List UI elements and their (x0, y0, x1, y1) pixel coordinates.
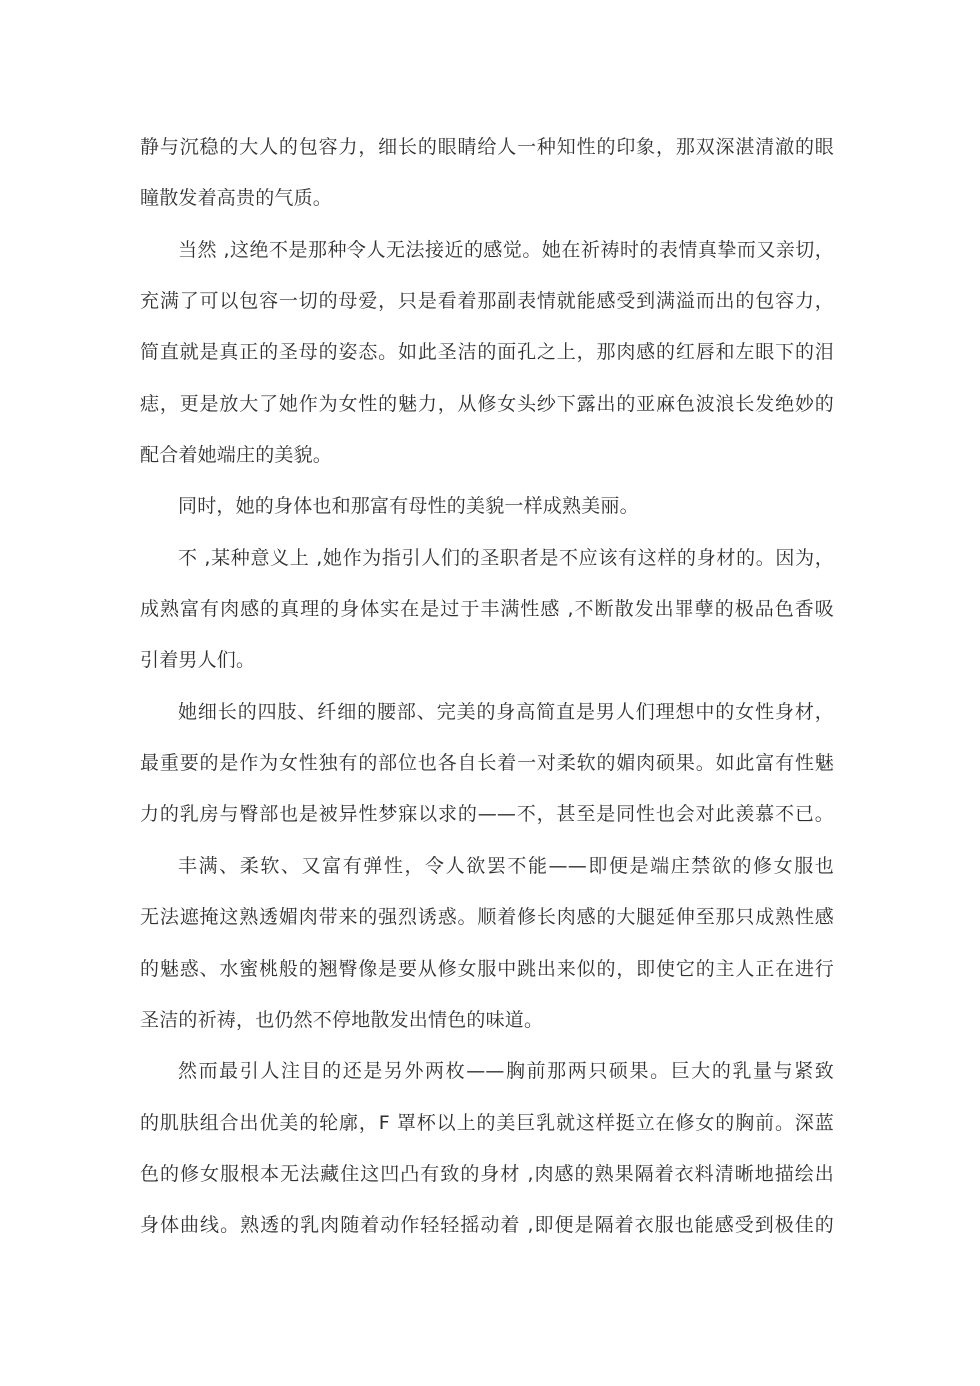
text-line: 无法遮掩这熟透媚肉带来的强烈诱惑。顺着修长肉感的大腿延伸至那只成熟性感 (140, 892, 834, 943)
text-line: 身体曲线。熟透的乳肉随着动作轻轻摇动着 ,即便是隔着衣服也能感受到极佳的 (140, 1200, 834, 1251)
text-line: 痣，更是放大了她作为女性的魅力，从修女头纱下露出的亚麻色波浪长发绝妙的 (140, 379, 834, 430)
text-line: 配合着她端庄的美貌。 (140, 430, 834, 481)
text-line: 她细长的四肢、纤细的腰部、完美的身高简直是男人们理想中的女性身材， (140, 687, 834, 738)
text-line: 静与沉稳的大人的包容力，细长的眼睛给人一种知性的印象，那双深湛清澈的眼 (140, 122, 834, 173)
text-line: 丰满、柔软、又富有弹性，令人欲罢不能——即便是端庄禁欲的修女服也 (140, 841, 834, 892)
text-block: 静与沉稳的大人的包容力，细长的眼睛给人一种知性的印象，那双深湛清澈的眼 瞳散发着… (140, 122, 834, 1252)
text-line: 力的乳房与臀部也是被异性梦寐以求的——不，甚至是同性也会对此羡慕不已。 (140, 789, 834, 840)
document-page: 静与沉稳的大人的包容力，细长的眼睛给人一种知性的印象，那双深湛清澈的眼 瞳散发着… (0, 0, 980, 1386)
text-line: 的魅惑、水蜜桃般的翘臀像是要从修女服中跳出来似的，即使它的主人正在进行 (140, 944, 834, 995)
text-line: 最重要的是作为女性独有的部位也各自长着一对柔软的媚肉硕果。如此富有性魅 (140, 738, 834, 789)
text-line: 不 ,某种意义上 ,她作为指引人们的圣职者是不应该有这样的身材的。因为， (140, 533, 834, 584)
text-line: 充满了可以包容一切的母爱，只是看着那副表情就能感受到满溢而出的包容力， (140, 276, 834, 327)
text-line: 的肌肤组合出优美的轮廓，F 罩杯以上的美巨乳就这样挺立在修女的胸前。深蓝 (140, 1098, 834, 1149)
text-line: 引着男人们。 (140, 635, 834, 686)
text-line: 成熟富有肉感的真理的身体实在是过于丰满性感 ,不断散发出罪孽的极品色香吸 (140, 584, 834, 635)
text-line: 然而最引人注目的还是另外两枚——胸前那两只硕果。巨大的乳量与紧致 (140, 1046, 834, 1097)
text-line: 瞳散发着高贵的气质。 (140, 173, 834, 224)
text-line: 同时，她的身体也和那富有母性的美貌一样成熟美丽。 (140, 481, 834, 532)
text-line: 简直就是真正的圣母的姿态。如此圣洁的面孔之上，那肉感的红唇和左眼下的泪 (140, 327, 834, 378)
text-line: 当然 ,这绝不是那种令人无法接近的感觉。她在祈祷时的表情真挚而又亲切， (140, 225, 834, 276)
text-line: 圣洁的祈祷，也仍然不停地散发出情色的味道。 (140, 995, 834, 1046)
text-line: 色的修女服根本无法藏住这凹凸有致的身材 ,肉感的熟果隔着衣料清晰地描绘出 (140, 1149, 834, 1200)
